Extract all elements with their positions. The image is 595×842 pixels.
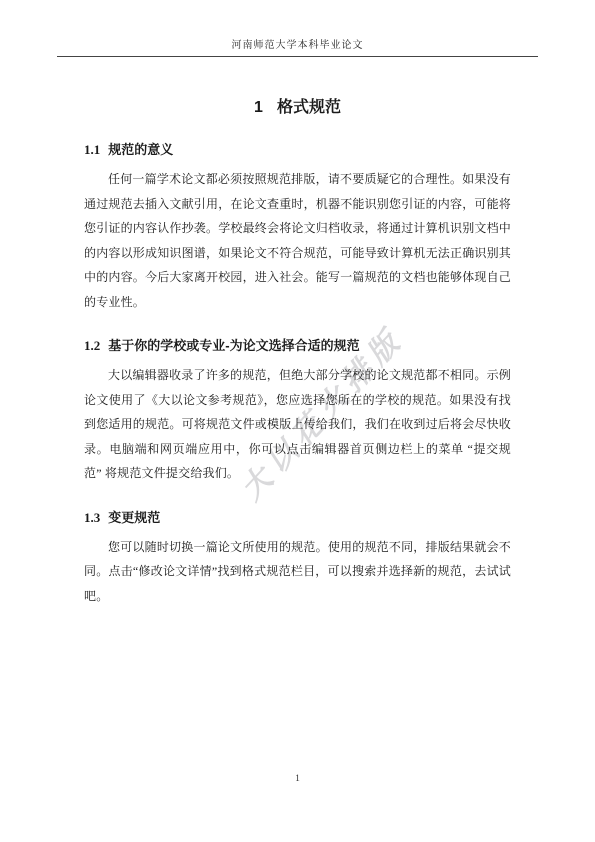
chapter-number: 1 [254, 99, 263, 116]
section-paragraph: 您可以随时切换一篇论文所使用的规范。使用的规范不同，排版结果就会不同。点击“修改… [84, 535, 511, 609]
section-title-text: 基于你的学校或专业-为论文选择合适的规范 [108, 338, 359, 353]
section-paragraph: 任何一篇学术论文都必须按照规范排版，请不要质疑它的合理性。如果没有通过规范去插入… [84, 167, 511, 314]
section-number: 1.3 [84, 510, 100, 525]
document-page: 河南师范大学本科毕业论文 大以花火排版 1格式规范 1.1规范的意义 任何一篇学… [0, 0, 595, 842]
section-paragraph: 大以编辑器收录了许多的规范，但绝大部分学校的论文规范都不相同。示例论文使用了《大… [84, 363, 511, 486]
section-title-text: 规范的意义 [108, 142, 173, 157]
chapter-title-text: 格式规范 [277, 99, 341, 116]
section-number: 1.1 [84, 142, 100, 157]
page-number: 1 [0, 774, 595, 784]
section-title-text: 变更规范 [108, 510, 160, 525]
section-heading-1-3: 1.3变更规范 [84, 507, 511, 526]
document-body: 1格式规范 1.1规范的意义 任何一篇学术论文都必须按照规范排版，请不要质疑它的… [84, 86, 511, 610]
running-header: 河南师范大学本科毕业论文 [57, 36, 538, 57]
section-heading-1-1: 1.1规范的意义 [84, 139, 511, 158]
section-heading-1-2: 1.2基于你的学校或专业-为论文选择合适的规范 [84, 335, 511, 354]
chapter-title: 1格式规范 [84, 94, 511, 117]
section-number: 1.2 [84, 338, 100, 353]
